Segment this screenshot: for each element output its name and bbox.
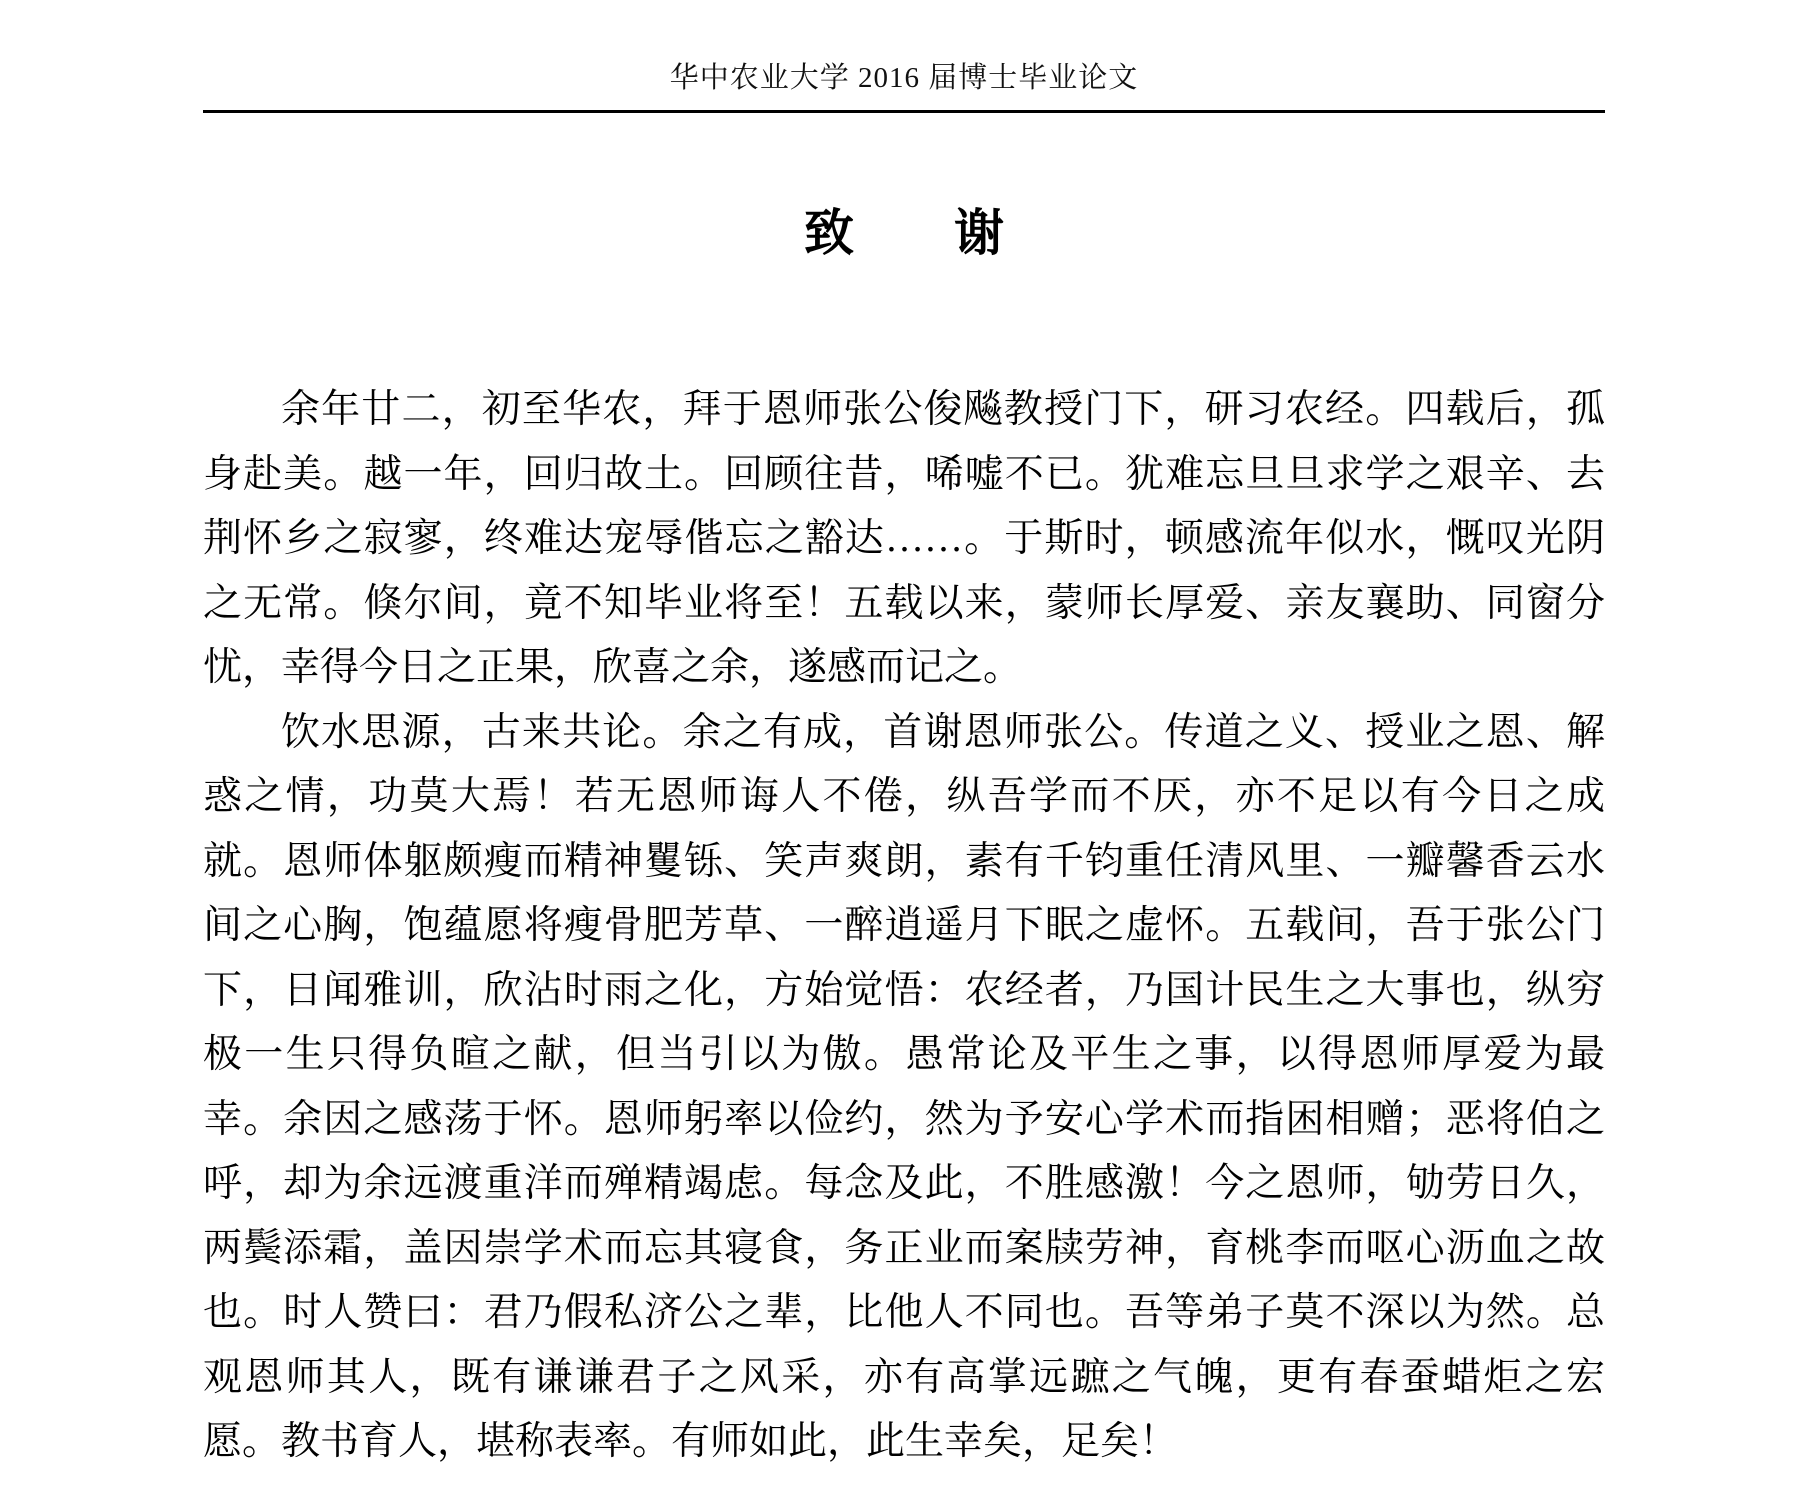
thesis-page: 华中农业大学 2016 届博士毕业论文 致 谢 余年廿二，初至华农，拜于恩师张公… [0, 0, 1808, 1489]
running-header: 华中农业大学 2016 届博士毕业论文 [0, 60, 1808, 96]
acknowledgement-body: 余年廿二，初至华农，拜于恩师张公俊飚教授门下，研习农经。四载后，孤身赴美。越一年… [203, 378, 1605, 1475]
paragraph-1: 余年廿二，初至华农，拜于恩师张公俊飚教授门下，研习农经。四载后，孤身赴美。越一年… [203, 378, 1605, 701]
paragraph-2: 饮水思源，古来共论。余之有成，首谢恩师张公。传道之义、授业之恩、解惑之情，功莫大… [203, 701, 1605, 1475]
page-title: 致 谢 [0, 203, 1808, 263]
header-rule-divider [203, 110, 1605, 113]
